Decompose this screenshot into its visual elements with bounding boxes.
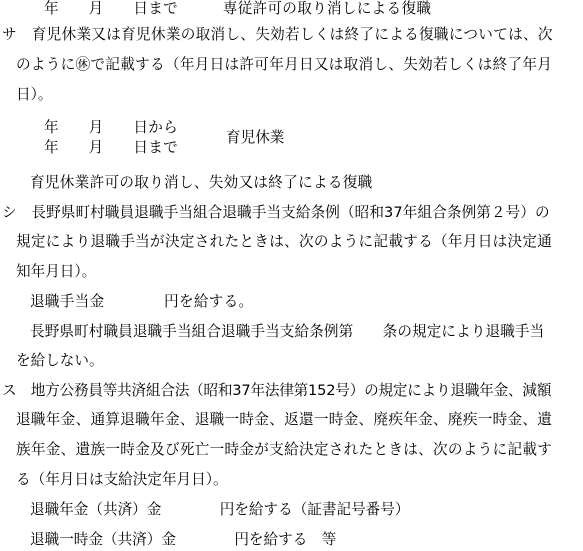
text-line-sa-cont-1: のように㊡で記載する（年月日は許可年月日又は取消し、失効若しくは終了年月 bbox=[16, 56, 552, 74]
text-line-shi-cont-2: 知年月日）。 bbox=[16, 263, 96, 281]
text-line-shi-cont-1: 規定により退職手当が決定されたときは、次のように記載する（年月日は決定通 bbox=[16, 233, 552, 251]
text-line-childcare-return: 育児休業許可の取り消し、失効又は終了による復職 bbox=[30, 174, 373, 192]
text-line-date-to: 年 月 日まで bbox=[44, 139, 178, 157]
text-line-sa-cont-2: 日）。 bbox=[16, 86, 52, 104]
text-line-no-allowance-cont: を給しない。 bbox=[16, 352, 104, 370]
text-line-su-cont-2: 族年金、遺族一時金及び死亡一時金が支給決定されたときは、次のように記載す bbox=[16, 441, 552, 459]
text-line-no-allowance: 長野県町村職員退職手当組合退職手当支給条例第 条の規定により退職手当 bbox=[30, 323, 544, 341]
text-line-su-cont-1: 退職年金、通算退職年金、退職一時金、返還一時金、廃疾年金、廃疾一時金、遺 bbox=[16, 411, 552, 429]
text-line-return-date-union-leave: 年 月 日まで 専従許可の取り消しによる復職 bbox=[44, 0, 431, 18]
text-line-retirement-allowance: 退職手当金 円を給する。 bbox=[30, 293, 253, 311]
text-line-su-heading: ス 地方公務員等共済組合法（昭和37年法律第152号）の規定により退職年金、減額 bbox=[2, 382, 551, 400]
text-line-shi-heading: シ 長野県町村職員退職手当組合退職手当支給条例（昭和37年組合条例第２号）の bbox=[2, 204, 550, 222]
text-line-lump-sum-example: 退職一時金（共済）金 円を給する 等 bbox=[30, 531, 336, 549]
text-line-pension-example: 退職年金（共済）金 円を給する（証書記号番号） bbox=[30, 501, 409, 519]
text-childcare-leave-label: 育児休業 bbox=[226, 129, 284, 147]
text-line-sa-heading: サ 育児休業又は育児休業の取消し、失効若しくは終了による復職については、次 bbox=[2, 26, 553, 44]
text-line-su-cont-3: る（年月日は支給決定年月日）。 bbox=[16, 471, 228, 489]
text-line-date-from: 年 月 日から bbox=[44, 119, 178, 137]
